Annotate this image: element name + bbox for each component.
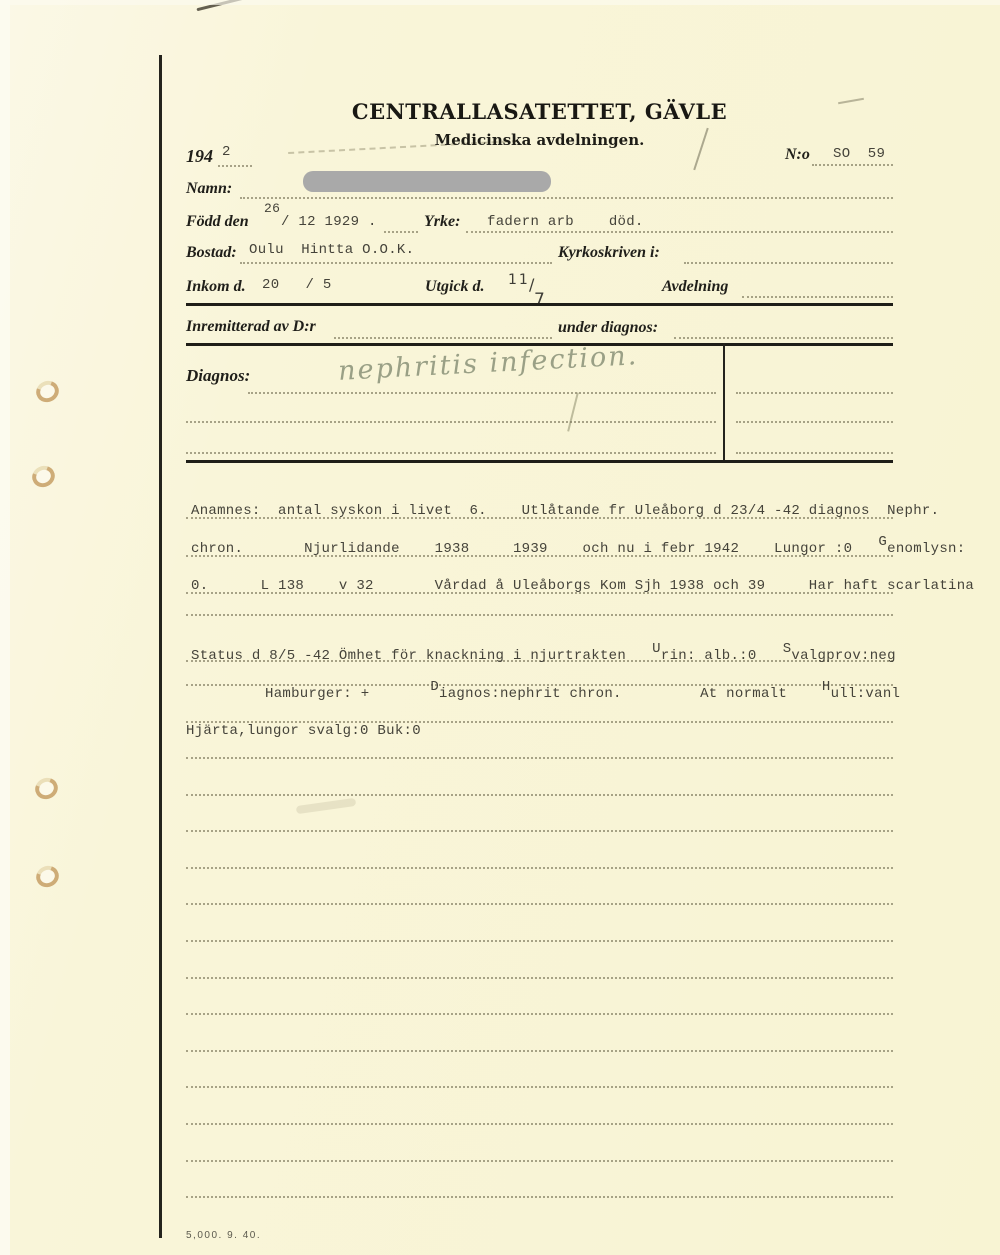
horizontal-rule: [186, 460, 893, 463]
number-value: SO 59: [833, 146, 885, 162]
diagnos-handwritten-value: nephritis infection.: [337, 340, 639, 387]
blank-ruled-line: [186, 1123, 893, 1125]
dotted-leader: [248, 392, 716, 394]
dotted-leader: [240, 262, 552, 264]
dotted-leader: [812, 164, 893, 166]
year-printed: 194: [186, 146, 213, 167]
utgick-day-handwritten: 11: [508, 272, 530, 288]
redaction-bar: [303, 171, 551, 192]
yrke-value: fadern arb död.: [487, 214, 644, 230]
dotted-leader: [684, 262, 893, 264]
dotted-leader: [674, 337, 893, 339]
dotted-leader: [466, 231, 893, 233]
field-label-diagnos: Diagnos:: [186, 366, 250, 386]
inkom-value: 20 / 5: [262, 277, 332, 293]
dotted-leader: [736, 392, 893, 394]
smudge-mark: [196, 0, 247, 11]
blank-ruled-line: [186, 794, 893, 796]
blank-ruled-line: [186, 1050, 893, 1052]
blank-ruled-line: [186, 1160, 893, 1162]
dotted-leader: [736, 452, 893, 454]
year-typed-value: 2: [222, 144, 231, 160]
dotted-leader: [186, 421, 716, 423]
status-line: Hamburger: + Diagnos:nephrit chron. At n…: [265, 686, 900, 702]
anamnes-line: Anamnes: antal syskon i livet 6. Utlåtan…: [191, 503, 939, 519]
field-label-under-diagnos: under diagnos:: [558, 319, 658, 337]
blank-ruled-line: [186, 757, 893, 759]
blank-ruled-line: [186, 940, 893, 942]
dotted-leader: [736, 421, 893, 423]
dotted-leader: [742, 296, 893, 298]
smudge-mark: [296, 798, 357, 814]
field-label-namn: Namn:: [186, 180, 232, 198]
field-label-inkom: Inkom d.: [186, 278, 246, 296]
blank-ruled-line: [186, 867, 893, 869]
number-label: N:o: [785, 146, 810, 164]
status-line: Hjärta,lungor svalg:0 Buk:0: [186, 723, 421, 739]
dotted-leader: [384, 231, 418, 233]
field-label-bostad: Bostad:: [186, 244, 237, 262]
dotted-leader: [334, 337, 552, 339]
punch-hole: [33, 377, 63, 406]
field-label-kyrkoskriven: Kyrkoskriven i:: [558, 244, 660, 262]
anamnes-line: 0. L 138 v 32 Vårdad å Uleåborgs Kom Sjh…: [191, 578, 974, 594]
horizontal-rule: [186, 303, 893, 306]
left-margin-rule: [159, 55, 162, 1238]
dotted-leader: [240, 197, 893, 199]
field-label-inremitterad: Inremitterad av D:r: [186, 318, 316, 336]
diagnos-table-divider: [723, 343, 725, 461]
hospital-title: CENTRALLASATETTET, GÄVLE: [186, 99, 893, 124]
fodd-day-value: 26: [264, 201, 280, 216]
field-label-fodd: Född den: [186, 213, 249, 231]
dotted-leader: [186, 452, 716, 454]
utgick-month-handwritten: 7: [534, 290, 545, 310]
dotted-leader: [218, 165, 252, 167]
scanned-record-page: CENTRALLASATETTET, GÄVLE Medicinska avde…: [0, 0, 1000, 1255]
blank-ruled-line: [186, 977, 893, 979]
field-label-utgick: Utgick d.: [425, 278, 485, 296]
anamnes-line: chron. Njurlidande 1938 1939 och nu i fe…: [191, 541, 965, 557]
field-label-avdelning: Avdelning: [662, 278, 728, 296]
field-label-yrke: Yrke:: [424, 213, 460, 231]
punch-hole: [29, 462, 59, 491]
blank-ruled-line: [186, 830, 893, 832]
bostad-value: Oulu Hintta O.O.K.: [249, 242, 414, 258]
blank-ruled-line: [186, 1013, 893, 1015]
blank-ruled-line: [186, 1196, 893, 1198]
punch-hole: [32, 774, 62, 803]
smudge-mark: [567, 392, 579, 431]
fodd-date-value: / 12 1929 .: [281, 214, 377, 230]
punch-hole: [33, 862, 63, 891]
print-run-code: 5,000. 9. 40.: [186, 1230, 261, 1241]
blank-ruled-line: [186, 1086, 893, 1088]
dotted-leader: [186, 614, 893, 616]
blank-ruled-line: [186, 903, 893, 905]
status-line: Status d 8/5 -42 Ömhet för knackning i n…: [191, 648, 896, 664]
